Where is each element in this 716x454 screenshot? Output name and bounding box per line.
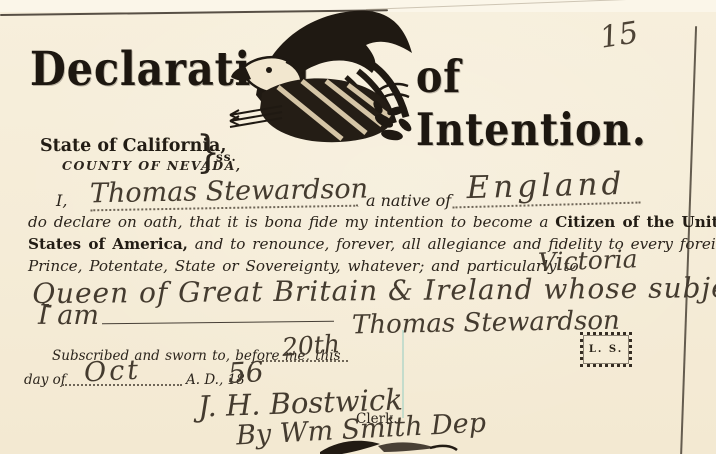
body-line-2-bold: States of America, [28,235,188,253]
body-line-1-bold: Citizen of the United [555,213,716,231]
body-line-1-regular: do declare on oath, that it is bona fide… [28,213,548,231]
month-field: Oct [83,355,142,389]
blank-rule [102,321,334,324]
birthplace-field: England [452,166,641,209]
title-of-intention: of Intention. [416,50,680,156]
ss-label: ss. [216,150,237,164]
seal-box: L. S. [580,332,632,367]
i-am-field: I am [38,300,99,331]
i-label: I, [56,191,67,210]
ink-flourish [318,436,458,454]
year-field: 56 [227,355,264,390]
day-of-label: day of [24,372,66,388]
day-field: 20th [281,329,341,362]
eagle-engraving [228,3,440,145]
body-line-1: do declare on oath, that it is bona fide… [28,212,692,233]
sovereign-continued-field: Queen of Great Britain & Ireland whose s… [32,271,716,310]
seal-label: L. S. [589,344,623,355]
native-of-label: a native of [366,191,451,210]
body-line-2-regular: and to renounce, forever, all allegiance… [195,235,716,253]
declarant-name-field: Thomas Stewardson [90,174,359,212]
scanned-declaration-of-intention: 15 Declaration of Intention. [0,0,716,454]
